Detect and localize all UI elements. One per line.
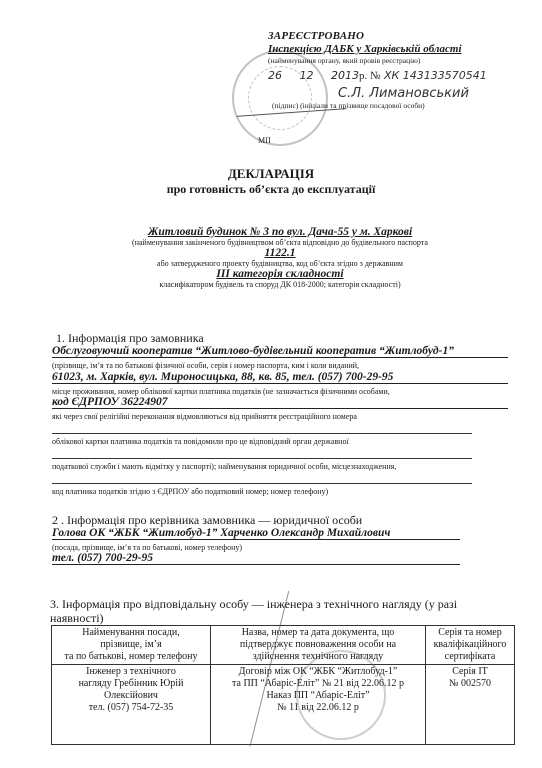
document-subtitle: про готовність об’єкта до експлуатації <box>0 182 542 197</box>
seal-mark: МП <box>258 136 271 145</box>
table-header-cell: Найменування посади, прізвище, ім’я та п… <box>52 626 211 665</box>
customer-caption-3: які через свої релігійні переконання від… <box>52 412 357 421</box>
header-text: Серія та номер <box>428 627 512 639</box>
customer-head: Голова ОК “ЖБК “Житлобуд-1” Харченко Оле… <box>52 527 460 540</box>
object-code: 1122.1 <box>60 247 500 259</box>
header-text: сертифіката <box>428 651 512 663</box>
cell-text: Інженер з технічного <box>54 666 208 678</box>
object-name-caption: (найменування закінченого будівництвом о… <box>60 238 500 247</box>
registration-organization: Інспекцією ДАБК у Харківській області <box>268 43 538 55</box>
cell-text: Олексійович <box>54 690 208 702</box>
header-text: Найменування посади, <box>54 627 208 639</box>
registration-year-label: р. № <box>359 70 381 82</box>
registration-number: ХК 143133570541 <box>384 69 487 82</box>
section2-heading: 2 . Інформація про керівника замовника —… <box>52 513 362 528</box>
object-code-caption: або затвердженого проекту будівництва, к… <box>60 259 500 268</box>
registration-block: ЗАРЕЄСТРОВАНО Інспекцією ДАБК у Харківсь… <box>268 30 538 110</box>
object-category: III категорія складності <box>60 268 500 280</box>
registration-date-number: 26 12 2013р. № ХК 143133570541 <box>268 69 538 82</box>
customer-head-caption: (посада, прізвище, ім’я та по батькові, … <box>52 543 242 552</box>
customer-name: Обслуговуючий кооператив “Житлово-будіве… <box>52 345 508 358</box>
official-name-handwritten: С.Л. Лимановський <box>338 86 538 101</box>
customer-head-phone: тел. (057) 700-29-95 <box>52 552 460 565</box>
cell-text: нагляду Гребінник Юрій <box>54 678 208 690</box>
cell-text: тел. (057) 754-72-35 <box>54 702 208 714</box>
header-text: прізвище, ім’я <box>54 639 208 651</box>
signature-caption: (підпис) (ініціали та прізвище посадової… <box>272 101 538 110</box>
object-category-caption: класифікатором будівель та споруд ДК 018… <box>60 280 500 289</box>
customer-caption-2: місце проживання, номер облікової картки… <box>52 387 390 396</box>
header-text: та по батькові, номер телефону <box>54 651 208 663</box>
registration-day: 26 <box>268 69 282 82</box>
registration-organization-caption: (найменування органу, який провів реєстр… <box>268 56 538 65</box>
customer-edrpou: код ЄДРПОУ 36224907 <box>52 396 508 409</box>
blank-line <box>52 433 472 434</box>
customer-address: 61023, м. Харків, вул. Мироносицька, 88,… <box>52 371 508 384</box>
document-title: ДЕКЛАРАЦІЯ <box>0 166 542 182</box>
section1-heading: 1. Інформація про замовника <box>56 331 204 346</box>
header-text: кваліфікаційного <box>428 639 512 651</box>
customer-caption-4: облікової картки платника податків та по… <box>52 437 349 446</box>
registration-title: ЗАРЕЄСТРОВАНО <box>268 30 538 42</box>
blank-line <box>52 458 472 459</box>
table-cell-certificate: Серія ІТ № 002570 <box>426 665 515 745</box>
customer-caption-6: код платника податків згідно з ЄДРПОУ аб… <box>52 487 328 496</box>
cell-text: Серія ІТ <box>428 666 512 678</box>
table-header-cell: Серія та номер кваліфікаційного сертифік… <box>426 626 515 665</box>
registration-month: 12 <box>299 69 313 82</box>
cell-text: № 002570 <box>428 678 512 690</box>
customer-caption-5: податкової служби і мають відмітку у пас… <box>52 462 396 471</box>
customer-caption-1: (прізвище, ім’я та по батькові фізичної … <box>52 361 359 370</box>
section3-heading-line2: наявності) <box>50 611 104 626</box>
object-block: Житловий будинок № 3 по вул. Дача-55 у м… <box>60 226 500 289</box>
registration-year-suffix: 13 <box>345 69 359 82</box>
section3-heading-line1: 3. Інформація про відповідальну особу — … <box>50 597 457 612</box>
object-name: Житловий будинок № 3 по вул. Дача-55 у м… <box>60 226 500 238</box>
blank-line <box>52 483 472 484</box>
registration-year-prefix: 20 <box>331 69 345 82</box>
table-cell-engineer: Інженер з технічного нагляду Гребінник Ю… <box>52 665 211 745</box>
